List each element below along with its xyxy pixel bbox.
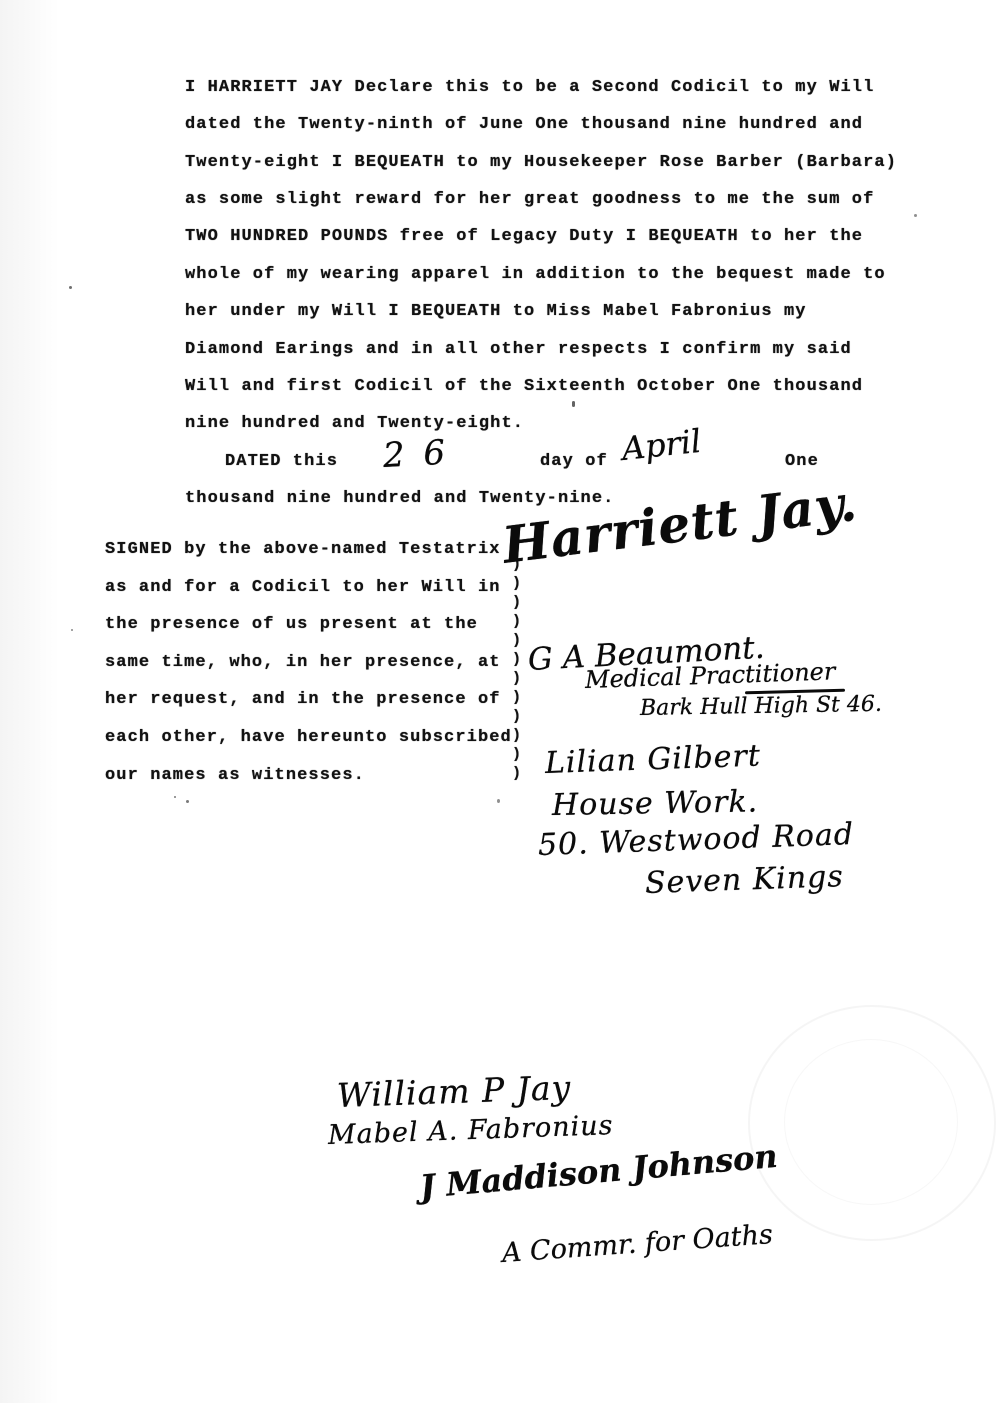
signature-mabel-fabronius: Mabel A. Fabronius <box>327 1110 614 1151</box>
ink-speck <box>914 214 917 217</box>
attestation-line: each other, have hereunto subscribed <box>105 728 512 747</box>
typed-line: Twenty-eight I BEQUEATH to my Housekeepe… <box>185 153 897 172</box>
attestation-line: same time, who, in her presence, at <box>105 653 501 672</box>
one-label: One <box>785 452 819 471</box>
typed-line: Will and first Codicil of the Sixteenth … <box>185 377 863 396</box>
typed-line: Diamond Earings and in all other respect… <box>185 340 852 359</box>
handwritten-day: 2 6 <box>382 433 450 476</box>
signature-johnson: J Maddison Johnson <box>418 1137 779 1206</box>
typed-line: I HARRIETT JAY Declare this to be a Seco… <box>185 78 874 97</box>
witness2-address-line2: Seven Kings <box>644 859 844 901</box>
witness2-occupation: House Work. <box>552 784 759 823</box>
witness1-address: Bark Hull High St 46. <box>640 692 882 721</box>
ink-speck <box>497 799 500 803</box>
dated-this-label: DATED this <box>225 452 338 471</box>
scanned-document-page: I HARRIETT JAY Declare this to be a Seco… <box>0 0 1000 1403</box>
ink-speck <box>186 800 189 803</box>
handwritten-month: April <box>620 422 703 468</box>
ink-speck <box>572 401 575 407</box>
typed-line: thousand nine hundred and Twenty-nine. <box>185 489 614 508</box>
ink-speck <box>174 796 176 798</box>
attestation-line: SIGNED by the above-named Testatrix <box>105 540 501 559</box>
ink-speck <box>69 286 72 289</box>
attestation-line: our names as witnesses. <box>105 766 365 785</box>
embossed-seal <box>748 1005 996 1241</box>
typed-line: nine hundred and Twenty-eight. <box>185 414 524 433</box>
commissioner-for-oaths-note: A Commr. for Oaths <box>501 1219 774 1269</box>
attestation-line: as and for a Codicil to her Will in <box>105 578 501 597</box>
typed-line: whole of my wearing apparel in addition … <box>185 265 886 284</box>
day-of-label: day of <box>540 452 608 471</box>
typed-line: her under my Will I BEQUEATH to Miss Mab… <box>185 302 807 321</box>
witness2-address-line1: 50. Westwood Road <box>537 817 854 863</box>
signature-witness2-name: Lilian Gilbert <box>544 738 761 781</box>
embossed-seal-inner-ring <box>784 1039 958 1205</box>
typed-line: dated the Twenty-ninth of June One thous… <box>185 115 863 134</box>
typed-line: TWO HUNDRED POUNDS free of Legacy Duty I… <box>185 227 863 246</box>
signature-william-p-jay: William P Jay <box>336 1068 571 1115</box>
attestation-line: the presence of us present at the <box>105 615 478 634</box>
attestation-line: her request, and in the presence of <box>105 690 501 709</box>
ink-speck <box>71 629 73 631</box>
typed-line: as some slight reward for her great good… <box>185 190 874 209</box>
